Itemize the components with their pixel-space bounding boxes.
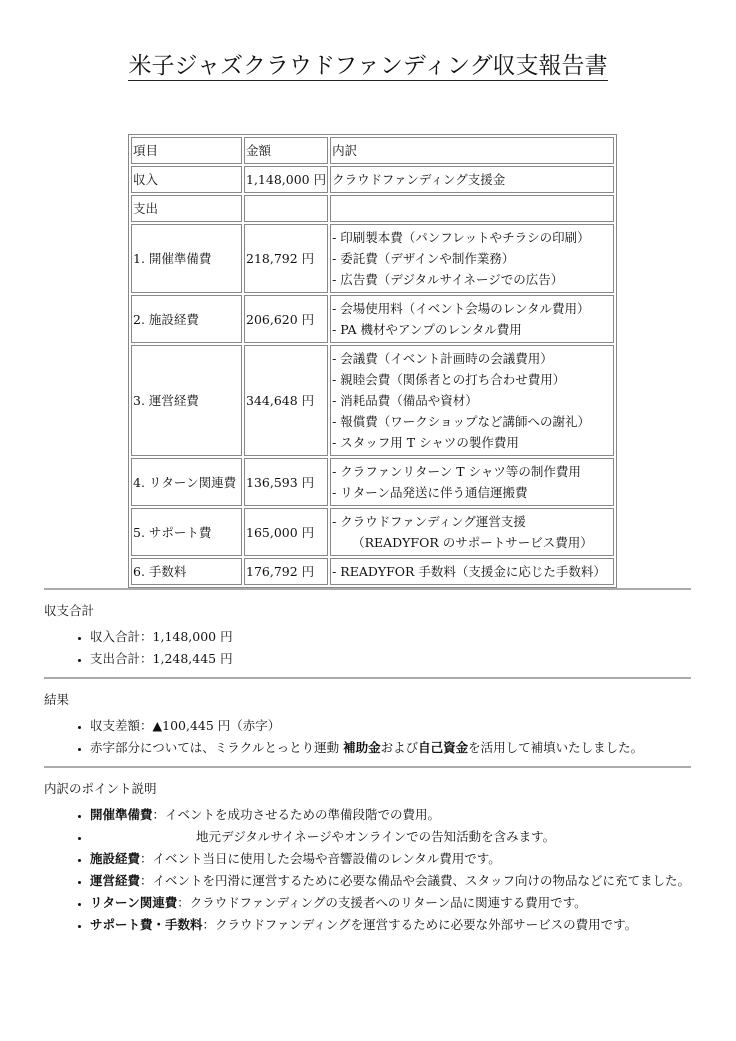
item-label: 収支差額： — [90, 718, 153, 733]
point-text: ：クラウドファンディングを運営するために必要な外部サービスの費用です。 — [203, 917, 638, 932]
point-label: サポート費・手数料 — [90, 917, 203, 932]
table-row: 6. 手数料 176,792 円 - READYFOR 手数料（支援金に応じた手… — [131, 558, 614, 585]
title-text: 米子ジャズクラウドファンディング収支報告書 — [128, 53, 607, 81]
note-text: および — [381, 740, 419, 755]
detail-line: - 委託費（デザインや制作業務） — [332, 248, 612, 269]
row-amount: 218,792 円 — [244, 224, 328, 293]
list-item: 収支差額：▲100,445 円（赤字） — [90, 715, 704, 737]
table-row: 5. サポート費 165,000 円 - クラウドファンディング運営支援 （RE… — [131, 508, 614, 556]
result-list: 収支差額：▲100,445 円（赤字） 赤字部分については、ミラクルとっとり運動… — [44, 715, 704, 759]
point-text: ：クラウドファンディングの支援者へのリターン品に関連する費用です。 — [177, 895, 586, 910]
header-amount: 金額 — [244, 137, 328, 164]
header-item: 項目 — [131, 137, 242, 164]
point-label: リターン関連費 — [90, 895, 177, 910]
section-heading: 収支合計 — [44, 602, 704, 620]
point-label: 運営経費 — [90, 873, 140, 888]
detail-line: - READYFOR 手数料（支援金に応じた手数料） — [332, 561, 612, 582]
list-item: 収入合計：1,148,000 円 — [90, 626, 704, 648]
row-amount: 206,620 円 — [244, 295, 328, 343]
table-row: 収入 1,148,000 円 クラウドファンディング支援金 — [131, 166, 614, 193]
document-title: 米子ジャズクラウドファンディング収支報告書 — [0, 50, 736, 82]
detail-line: - 印刷製本費（パンフレットやチラシの印刷） — [332, 227, 612, 248]
item-value: 1,248,445 円 — [153, 651, 233, 666]
row-item: 3. 運営経費 — [131, 345, 242, 456]
divider — [44, 588, 691, 590]
table-row: 2. 施設経費 206,620 円 - 会場使用料（イベント会場のレンタル費用）… — [131, 295, 614, 343]
row-details: クラウドファンディング支援金 — [330, 166, 614, 193]
note-emphasis: 自己資金 — [418, 740, 468, 755]
budget-table: 項目 金額 内訳 収入 1,148,000 円 クラウドファンディング支援金 支… — [128, 134, 617, 588]
detail-line: - 消耗品費（備品や資材） — [332, 390, 612, 411]
point-text: ：イベントを成功させるための準備段階での費用。 — [153, 807, 441, 822]
row-amount: 165,000 円 — [244, 508, 328, 556]
section-heading: 内訳のポイント説明 — [44, 780, 704, 798]
detail-line: - 報償費（ワークショップなど講師への謝礼） — [332, 411, 612, 432]
row-details: - クラウドファンディング運営支援 （READYFOR のサポートサービス費用） — [330, 508, 614, 556]
point-text: ：イベント当日に使用した会場や音響設備のレンタル費用です。 — [140, 851, 501, 866]
detail-line: - 会場使用料（イベント会場のレンタル費用） — [332, 298, 612, 319]
row-amount: 176,792 円 — [244, 558, 328, 585]
detail-line: - PA 機材やアンプのレンタル費用 — [332, 319, 612, 340]
point-label: 施設経費 — [90, 851, 140, 866]
row-item: 5. サポート費 — [131, 508, 242, 556]
row-details: - READYFOR 手数料（支援金に応じた手数料） — [330, 558, 614, 585]
table-row: 支出 — [131, 195, 614, 222]
row-item: 2. 施設経費 — [131, 295, 242, 343]
detail-line: クラウドファンディング支援金 — [332, 169, 612, 190]
detail-line: - 広告費（デジタルサイネージでの広告） — [332, 269, 612, 290]
row-details: - 印刷製本費（パンフレットやチラシの印刷） - 委託費（デザインや制作業務） … — [330, 224, 614, 293]
row-details — [330, 195, 614, 222]
row-amount: 344,648 円 — [244, 345, 328, 456]
row-amount: 136,593 円 — [244, 458, 328, 506]
row-details: - 会議費（イベント計画時の会議費用） - 親睦会費（関係者との打ち合わせ費用）… — [330, 345, 614, 456]
list-item: 開催準備費：イベントを成功させるための準備段階での費用。 — [90, 804, 704, 826]
result-section: 結果 収支差額：▲100,445 円（赤字） 赤字部分については、ミラクルとっと… — [44, 691, 704, 759]
item-label: 収入合計： — [90, 629, 153, 644]
table-row: 1. 開催準備費 218,792 円 - 印刷製本費（パンフレットやチラシの印刷… — [131, 224, 614, 293]
note-emphasis: 補助金 — [343, 740, 381, 755]
row-details: - クラファンリターン T シャツ等の制作費用 - リターン品発送に伴う通信運搬… — [330, 458, 614, 506]
detail-line: （READYFOR のサポートサービス費用） — [332, 532, 612, 553]
list-item: 赤字部分については、ミラクルとっとり運動 補助金および自己資金を活用して補填いた… — [90, 737, 704, 759]
divider — [44, 677, 691, 679]
row-item: 収入 — [131, 166, 242, 193]
row-details: - 会場使用料（イベント会場のレンタル費用） - PA 機材やアンプのレンタル費… — [330, 295, 614, 343]
row-item: 支出 — [131, 195, 242, 222]
row-amount: 1,148,000 円 — [244, 166, 328, 193]
summary-section: 収支合計 収入合計：1,148,000 円 支出合計：1,248,445 円 — [44, 602, 704, 670]
list-item: 施設経費：イベント当日に使用した会場や音響設備のレンタル費用です。 — [90, 848, 704, 870]
points-section: 内訳のポイント説明 開催準備費：イベントを成功させるための準備段階での費用。 地… — [44, 780, 704, 936]
table-header-row: 項目 金額 内訳 — [131, 137, 614, 164]
table-row: 4. リターン関連費 136,593 円 - クラファンリターン T シャツ等の… — [131, 458, 614, 506]
row-item: 6. 手数料 — [131, 558, 242, 585]
list-item: 地元デジタルサイネージやオンラインでの告知活動を含みます。 — [90, 826, 704, 848]
detail-line: - クラウドファンディング運営支援 — [332, 511, 612, 532]
detail-line: - クラファンリターン T シャツ等の制作費用 — [332, 461, 612, 482]
item-value: ▲100,445 円（赤字） — [153, 718, 281, 733]
list-item: 支出合計：1,248,445 円 — [90, 648, 704, 670]
row-item: 1. 開催準備費 — [131, 224, 242, 293]
row-amount — [244, 195, 328, 222]
list-item: サポート費・手数料：クラウドファンディングを運営するために必要な外部サービスの費… — [90, 914, 704, 936]
detail-line: - 会議費（イベント計画時の会議費用） — [332, 348, 612, 369]
points-list: 開催準備費：イベントを成功させるための準備段階での費用。 地元デジタルサイネージ… — [44, 804, 704, 936]
section-heading: 結果 — [44, 691, 704, 709]
list-item: 運営経費：イベントを円滑に運営するために必要な備品や会議費、スタッフ向けの物品な… — [90, 870, 704, 892]
summary-list: 収入合計：1,148,000 円 支出合計：1,248,445 円 — [44, 626, 704, 670]
item-value: 1,148,000 円 — [153, 629, 233, 644]
point-text: ：イベントを円滑に運営するために必要な備品や会議費、スタッフ向けの物品などに充て… — [140, 873, 690, 888]
note-text: を活用して補填いたしました。 — [468, 740, 643, 755]
point-label: 開催準備費 — [90, 807, 153, 822]
detail-line: - 親睦会費（関係者との打ち合わせ費用） — [332, 369, 612, 390]
divider — [44, 766, 691, 768]
detail-line: - スタッフ用 T シャツの製作費用 — [332, 432, 612, 453]
detail-line: - リターン品発送に伴う通信運搬費 — [332, 482, 612, 503]
table-row: 3. 運営経費 344,648 円 - 会議費（イベント計画時の会議費用） - … — [131, 345, 614, 456]
item-label: 支出合計： — [90, 651, 153, 666]
list-item: リターン関連費：クラウドファンディングの支援者へのリターン品に関連する費用です。 — [90, 892, 704, 914]
row-item: 4. リターン関連費 — [131, 458, 242, 506]
point-text: 地元デジタルサイネージやオンラインでの告知活動を含みます。 — [196, 829, 555, 844]
header-details: 内訳 — [330, 137, 614, 164]
note-text: 赤字部分については、ミラクルとっとり運動 — [90, 740, 343, 755]
